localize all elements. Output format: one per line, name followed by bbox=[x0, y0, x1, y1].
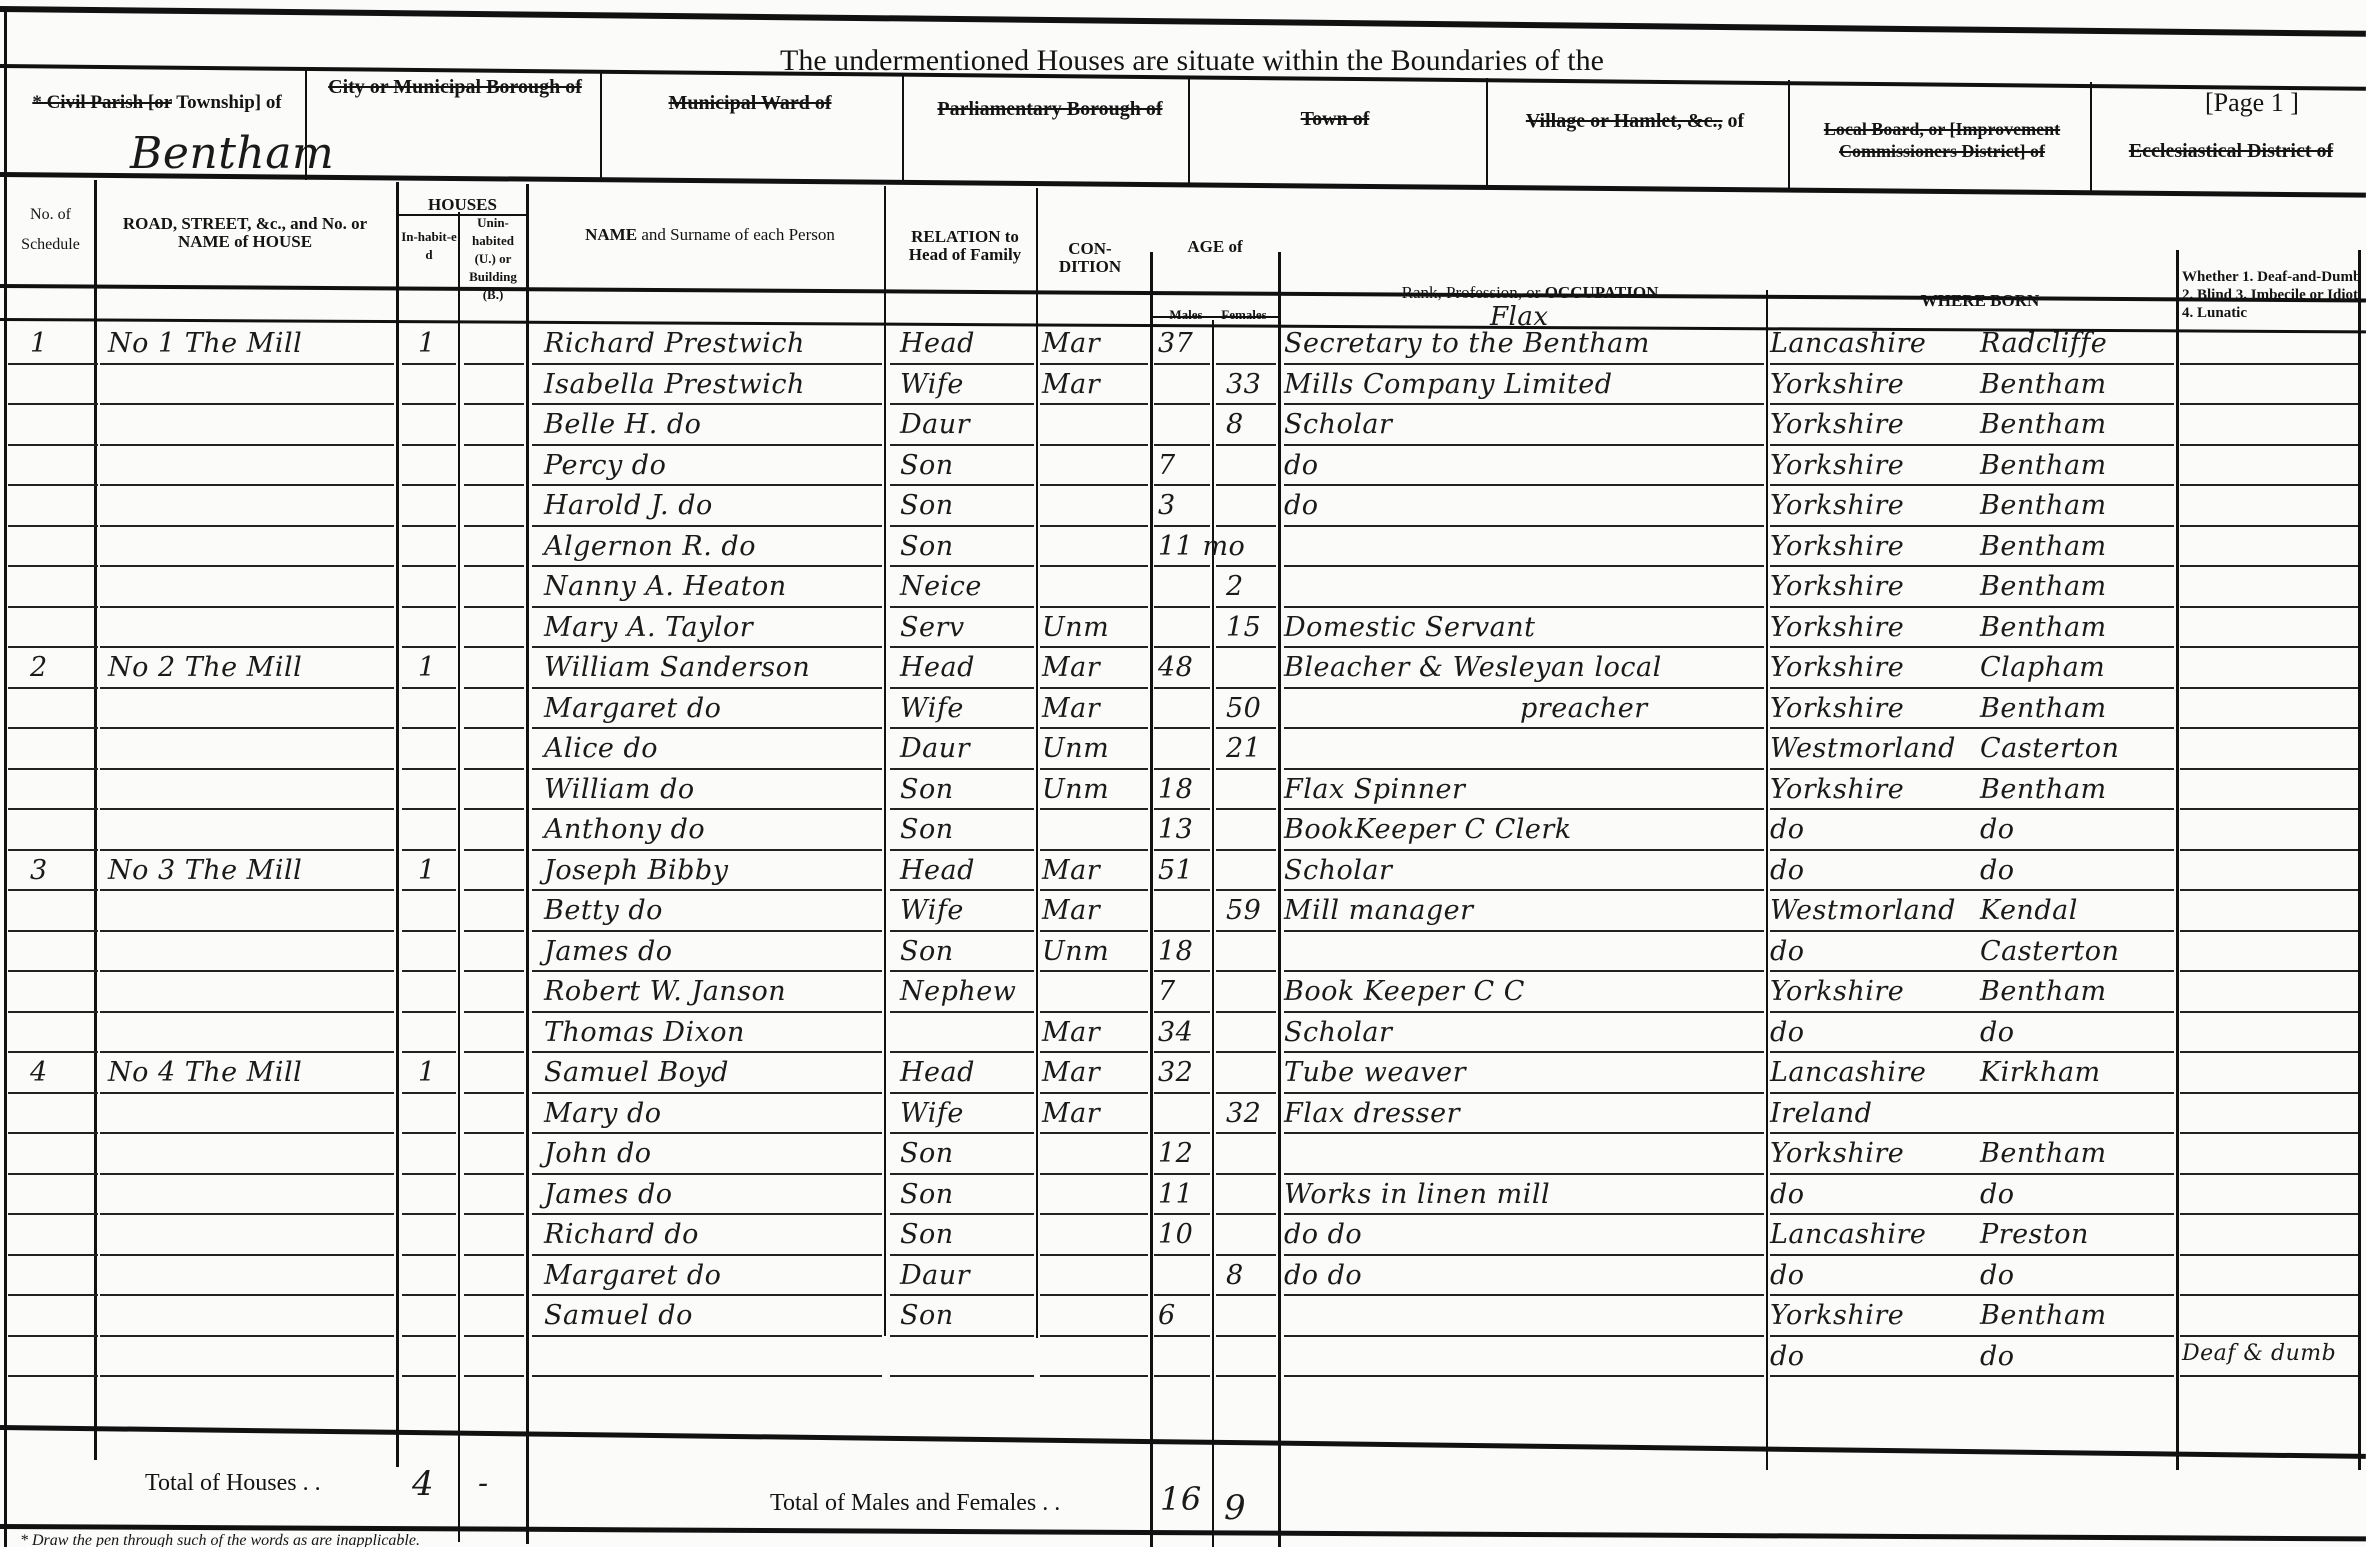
col-header-relation: RELATION to Head of Family bbox=[895, 228, 1035, 264]
table-row: Percy doSon7doYorkshireBentham bbox=[0, 448, 2366, 487]
row-rule bbox=[532, 1173, 882, 1175]
table-row: Margaret doDaur8do dododo bbox=[0, 1258, 2366, 1297]
born-place: do bbox=[1980, 814, 2015, 845]
row-rule bbox=[464, 808, 524, 810]
row-rule bbox=[890, 1213, 1034, 1215]
row-rule bbox=[2180, 1092, 2358, 1094]
row-rule bbox=[2180, 1375, 2358, 1377]
row-rule bbox=[402, 1213, 456, 1215]
person-name: Belle H. do bbox=[544, 409, 701, 440]
born-county: Westmorland bbox=[1770, 733, 1956, 764]
row-rule bbox=[1284, 1294, 1764, 1296]
person-name: James do bbox=[544, 1179, 672, 1210]
born-county: Yorkshire bbox=[1770, 409, 1904, 440]
row-rule bbox=[464, 606, 524, 608]
occupation: preacher bbox=[1520, 693, 1648, 724]
row-rule bbox=[1770, 606, 2174, 608]
boundary-divider bbox=[1486, 78, 1488, 188]
row-rule bbox=[464, 484, 524, 486]
row-rule bbox=[402, 1173, 456, 1175]
table-row: Algernon R. doSon11 moYorkshireBentham bbox=[0, 529, 2366, 568]
row-rule bbox=[890, 565, 1034, 567]
row-rule bbox=[1040, 1173, 1148, 1175]
row-rule bbox=[464, 727, 524, 729]
born-county: Yorkshire bbox=[1770, 652, 1904, 683]
row-rule bbox=[2180, 1132, 2358, 1134]
male-age: 34 bbox=[1158, 1017, 1193, 1048]
row-rule bbox=[1770, 687, 2174, 689]
row-rule bbox=[1770, 1375, 2174, 1377]
row-rule bbox=[8, 1294, 98, 1296]
row-rule bbox=[1040, 484, 1148, 486]
row-rule bbox=[100, 525, 394, 527]
row-rule bbox=[532, 1051, 882, 1053]
born-county: Yorkshire bbox=[1770, 571, 1904, 602]
row-rule bbox=[1216, 646, 1276, 648]
row-rule bbox=[402, 727, 456, 729]
relation: Head bbox=[900, 855, 975, 886]
born-place: Preston bbox=[1980, 1219, 2089, 1250]
born-county: Yorkshire bbox=[1770, 531, 1904, 562]
row-rule bbox=[1040, 1011, 1148, 1013]
row-rule bbox=[1040, 565, 1148, 567]
relation: Son bbox=[900, 1300, 954, 1331]
boundary-divider bbox=[1788, 80, 1790, 190]
boundary-divider bbox=[902, 74, 904, 184]
total-houses-uninhabited: - bbox=[478, 1466, 489, 1501]
born-county: Yorkshire bbox=[1770, 450, 1904, 481]
row-rule bbox=[2180, 444, 2358, 446]
born-place: do bbox=[1980, 1179, 2015, 1210]
boundary-civil-parish-value: Bentham bbox=[130, 128, 334, 179]
row-rule bbox=[1770, 1173, 2174, 1175]
born-county: do bbox=[1770, 1017, 1805, 1048]
row-rule bbox=[1284, 1254, 1764, 1256]
relation: Wife bbox=[900, 1098, 964, 1129]
person-name: Margaret do bbox=[544, 1260, 721, 1291]
row-rule bbox=[890, 1254, 1034, 1256]
row-rule bbox=[402, 808, 456, 810]
male-age: 10 bbox=[1158, 1219, 1193, 1250]
row-rule bbox=[1770, 970, 2174, 972]
row-rule bbox=[100, 768, 394, 770]
row-rule bbox=[532, 1092, 882, 1094]
top-border-rule bbox=[0, 6, 2366, 37]
row-rule bbox=[1284, 565, 1764, 567]
row-rule bbox=[402, 525, 456, 527]
person-name: Margaret do bbox=[544, 693, 721, 724]
occupation: do do bbox=[1284, 1260, 1362, 1291]
row-rule bbox=[1216, 930, 1276, 932]
born-place: Bentham bbox=[1980, 490, 2107, 521]
male-age: 32 bbox=[1158, 1057, 1193, 1088]
female-age: 21 bbox=[1226, 733, 1261, 764]
born-place: Bentham bbox=[1980, 531, 2107, 562]
row-rule bbox=[532, 484, 882, 486]
table-row: Robert W. JansonNephew7Book Keeper C CYo… bbox=[0, 974, 2366, 1013]
row-rule bbox=[402, 444, 456, 446]
row-rule bbox=[8, 1213, 98, 1215]
table-row: 3No 3 The Mill1Joseph BibbyHeadMar51Scho… bbox=[0, 853, 2366, 892]
total-persons-label: Total of Males and Females . . bbox=[770, 1490, 1060, 1517]
row-rule bbox=[402, 363, 456, 365]
row-rule bbox=[1770, 1213, 2174, 1215]
col-header-females: Females bbox=[1214, 306, 1274, 324]
row-rule bbox=[8, 687, 98, 689]
born-county: do bbox=[1770, 855, 1805, 886]
row-rule bbox=[1040, 606, 1148, 608]
occupation: Mill manager bbox=[1284, 895, 1474, 926]
row-rule bbox=[100, 403, 394, 405]
occupation: Tube weaver bbox=[1284, 1057, 1466, 1088]
row-rule bbox=[2180, 930, 2358, 932]
condition: Mar bbox=[1042, 1017, 1100, 1048]
row-rule bbox=[1154, 444, 1210, 446]
occupation: Mills Company Limited bbox=[1284, 369, 1613, 400]
row-rule bbox=[100, 484, 394, 486]
boundary-village-label: Village or Hamlet, &c., of bbox=[1490, 110, 1780, 132]
row-rule bbox=[1770, 646, 2174, 648]
relation: Daur bbox=[900, 733, 970, 764]
row-rule bbox=[1216, 808, 1276, 810]
row-rule bbox=[890, 1335, 1034, 1337]
row-rule bbox=[2180, 1254, 2358, 1256]
table-row: Thomas DixonMar34Scholardodo bbox=[0, 1015, 2366, 1054]
born-place: do bbox=[1980, 855, 2015, 886]
occupation: Bleacher & Wesleyan local bbox=[1284, 652, 1662, 683]
female-age: 15 bbox=[1226, 612, 1261, 643]
row-rule bbox=[100, 444, 394, 446]
row-rule bbox=[8, 1173, 98, 1175]
row-rule bbox=[100, 1092, 394, 1094]
boundary-ward-label: Municipal Ward of bbox=[610, 92, 890, 114]
row-rule bbox=[1770, 1335, 2174, 1337]
male-age: 12 bbox=[1158, 1138, 1193, 1169]
row-rule bbox=[1284, 930, 1764, 932]
row-rule bbox=[1040, 1294, 1148, 1296]
row-rule bbox=[1284, 363, 1764, 365]
born-place: Bentham bbox=[1980, 1138, 2107, 1169]
row-rule bbox=[1284, 606, 1764, 608]
row-rule bbox=[8, 1254, 98, 1256]
row-rule bbox=[1770, 930, 2174, 932]
occupation: do bbox=[1284, 490, 1319, 521]
row-rule bbox=[464, 444, 524, 446]
total-houses-inhabited: 4 bbox=[412, 1464, 434, 1504]
row-rule bbox=[100, 1254, 394, 1256]
row-rule bbox=[1040, 930, 1148, 932]
col-header-name: NAME and Surname of each Person bbox=[540, 226, 880, 244]
relation: Wife bbox=[900, 693, 964, 724]
relation: Son bbox=[900, 936, 954, 967]
row-rule bbox=[1770, 889, 2174, 891]
row-rule bbox=[890, 1173, 1034, 1175]
row-rule bbox=[464, 525, 524, 527]
row-rule bbox=[402, 484, 456, 486]
condition: Unm bbox=[1042, 733, 1109, 764]
person-name: Samuel do bbox=[544, 1300, 693, 1331]
row-rule bbox=[2180, 525, 2358, 527]
row-rule bbox=[1154, 525, 1210, 527]
row-rule bbox=[464, 1173, 524, 1175]
row-rule bbox=[1770, 768, 2174, 770]
condition: Mar bbox=[1042, 369, 1100, 400]
row-rule bbox=[8, 1092, 98, 1094]
row-rule bbox=[1154, 1173, 1210, 1175]
row-rule bbox=[1040, 444, 1148, 446]
occupation: Domestic Servant bbox=[1284, 612, 1536, 643]
row-rule bbox=[100, 687, 394, 689]
table-row: Anthony doSon13BookKeeper C Clerkdodo bbox=[0, 812, 2366, 851]
female-age: 32 bbox=[1226, 1098, 1261, 1129]
row-rule bbox=[100, 1011, 394, 1013]
row-rule bbox=[532, 646, 882, 648]
row-rule bbox=[2180, 1213, 2358, 1215]
row-rule bbox=[532, 1294, 882, 1296]
table-row: John doSon12YorkshireBentham bbox=[0, 1136, 2366, 1175]
row-rule bbox=[2180, 484, 2358, 486]
row-rule bbox=[890, 808, 1034, 810]
row-rule bbox=[532, 1011, 882, 1013]
boundary-divider bbox=[2090, 82, 2092, 192]
male-age: 51 bbox=[1158, 855, 1193, 886]
row-rule bbox=[402, 646, 456, 648]
row-rule bbox=[1040, 1375, 1148, 1377]
footnote: * Draw the pen through such of the words… bbox=[20, 1532, 420, 1547]
relation: Son bbox=[900, 1138, 954, 1169]
row-rule bbox=[1154, 808, 1210, 810]
row-rule bbox=[464, 1213, 524, 1215]
row-rule bbox=[402, 606, 456, 608]
row-rule bbox=[1154, 646, 1210, 648]
row-rule bbox=[402, 768, 456, 770]
born-county: Yorkshire bbox=[1770, 693, 1904, 724]
row-rule bbox=[1284, 687, 1764, 689]
table-row: Richard doSon10do doLancashirePreston bbox=[0, 1217, 2366, 1256]
row-rule bbox=[532, 727, 882, 729]
boundary-civil-parish-label: * Civil Parish [or Township] of bbox=[12, 92, 302, 114]
boundary-divider bbox=[600, 72, 602, 182]
condition: Mar bbox=[1042, 693, 1100, 724]
row-rule bbox=[464, 646, 524, 648]
row-rule bbox=[1216, 606, 1276, 608]
row-rule bbox=[402, 970, 456, 972]
row-rule bbox=[532, 1132, 882, 1134]
row-rule bbox=[890, 403, 1034, 405]
row-rule bbox=[1770, 1294, 2174, 1296]
row-rule bbox=[532, 970, 882, 972]
schedule-number: 4 bbox=[30, 1057, 48, 1088]
row-rule bbox=[464, 1132, 524, 1134]
row-rule bbox=[1154, 727, 1210, 729]
row-rule bbox=[464, 403, 524, 405]
born-county: Westmorland bbox=[1770, 895, 1956, 926]
person-name: James do bbox=[544, 936, 672, 967]
row-rule bbox=[1284, 1132, 1764, 1134]
row-rule bbox=[890, 687, 1034, 689]
row-rule bbox=[1154, 1254, 1210, 1256]
relation: Serv bbox=[900, 612, 965, 643]
male-age: 13 bbox=[1158, 814, 1193, 845]
row-rule bbox=[100, 727, 394, 729]
occupation: Flax Spinner bbox=[1284, 774, 1465, 805]
row-rule bbox=[532, 808, 882, 810]
born-place: Bentham bbox=[1980, 369, 2107, 400]
condition: Mar bbox=[1042, 328, 1100, 359]
row-rule bbox=[402, 1051, 456, 1053]
row-rule bbox=[2180, 646, 2358, 648]
boundary-city-label: City or Municipal Borough of bbox=[315, 76, 595, 98]
col-header-condition: CON-DITION bbox=[1040, 240, 1140, 276]
row-rule bbox=[1040, 849, 1148, 851]
row-rule bbox=[1284, 849, 1764, 851]
person-name: Joseph Bibby bbox=[544, 855, 728, 886]
row-rule bbox=[464, 1294, 524, 1296]
male-age: 3 bbox=[1158, 490, 1176, 521]
relation: Son bbox=[900, 814, 954, 845]
schedule-number: 2 bbox=[30, 652, 48, 683]
total-males: 16 bbox=[1160, 1480, 1202, 1518]
house-name: No 2 The Mill bbox=[108, 652, 302, 683]
row-rule bbox=[1154, 1051, 1210, 1053]
row-rule bbox=[532, 1335, 882, 1337]
row-rule bbox=[1284, 1051, 1764, 1053]
table-row: Isabella PrestwichWifeMar33Mills Company… bbox=[0, 367, 2366, 406]
relation: Daur bbox=[900, 409, 970, 440]
row-rule bbox=[890, 1011, 1034, 1013]
born-county: do bbox=[1770, 936, 1805, 967]
row-rule bbox=[1040, 768, 1148, 770]
row-rule bbox=[1216, 1173, 1276, 1175]
person-name: Harold J. do bbox=[544, 490, 713, 521]
male-age: 48 bbox=[1158, 652, 1193, 683]
row-rule bbox=[100, 1375, 394, 1377]
row-rule bbox=[464, 768, 524, 770]
row-rule bbox=[1154, 849, 1210, 851]
born-place: do bbox=[1980, 1341, 2015, 1372]
born-place: Kirkham bbox=[1980, 1057, 2101, 1088]
row-rule bbox=[464, 1254, 524, 1256]
occupation: Works in linen mill bbox=[1284, 1179, 1550, 1210]
row-rule bbox=[8, 606, 98, 608]
row-rule bbox=[1216, 889, 1276, 891]
row-rule bbox=[1216, 1051, 1276, 1053]
row-rule bbox=[890, 1294, 1034, 1296]
row-rule bbox=[1154, 1092, 1210, 1094]
boundary-title: The undermentioned Houses are situate wi… bbox=[780, 44, 1604, 78]
row-rule bbox=[890, 768, 1034, 770]
male-age: 11 bbox=[1158, 1179, 1193, 1210]
row-rule bbox=[532, 849, 882, 851]
row-rule bbox=[1154, 687, 1210, 689]
row-rule bbox=[1154, 768, 1210, 770]
row-rule bbox=[1770, 849, 2174, 851]
row-rule bbox=[2180, 565, 2358, 567]
row-rule bbox=[1284, 1375, 1764, 1377]
row-rule bbox=[1770, 565, 2174, 567]
person-name: William do bbox=[544, 774, 695, 805]
row-rule bbox=[1154, 565, 1210, 567]
table-row: Betty doWifeMar59Mill managerWestmorland… bbox=[0, 893, 2366, 932]
born-place: do bbox=[1980, 1017, 2015, 1048]
row-rule bbox=[890, 1092, 1034, 1094]
col-header-inhabited: In-habit-ed bbox=[400, 228, 458, 264]
inhabited-count: 1 bbox=[418, 855, 436, 886]
person-name: Isabella Prestwich bbox=[544, 369, 805, 400]
row-rule bbox=[890, 970, 1034, 972]
born-county: do bbox=[1770, 1260, 1805, 1291]
occupation: do do bbox=[1284, 1219, 1362, 1250]
row-rule bbox=[1216, 849, 1276, 851]
row-rule bbox=[464, 970, 524, 972]
row-rule bbox=[532, 1213, 882, 1215]
row-rule bbox=[100, 1335, 394, 1337]
male-age: 7 bbox=[1158, 450, 1176, 481]
relation: Son bbox=[900, 490, 954, 521]
born-county: Yorkshire bbox=[1770, 369, 1904, 400]
table-row: Margaret doWifeMar50preacherYorkshireBen… bbox=[0, 691, 2366, 730]
condition: Unm bbox=[1042, 774, 1109, 805]
col-header-uninhabited: Unin-habited (U.) or Building (B.) bbox=[462, 214, 524, 304]
row-rule bbox=[1154, 1335, 1210, 1337]
born-county: do bbox=[1770, 1341, 1805, 1372]
born-place: Bentham bbox=[1980, 409, 2107, 440]
row-rule bbox=[8, 1375, 98, 1377]
female-age: 2 bbox=[1226, 571, 1244, 602]
row-rule bbox=[402, 1294, 456, 1296]
row-rule bbox=[8, 565, 98, 567]
person-name: Robert W. Janson bbox=[544, 976, 786, 1007]
row-rule bbox=[1154, 606, 1210, 608]
row-rule bbox=[402, 889, 456, 891]
row-rule bbox=[1284, 970, 1764, 972]
row-rule bbox=[402, 565, 456, 567]
row-rule bbox=[8, 1011, 98, 1013]
row-rule bbox=[532, 525, 882, 527]
boundary-ecclesiastical-label: Ecclesiastical District of bbox=[2096, 140, 2366, 162]
totals-top-rule bbox=[0, 1425, 2366, 1459]
row-rule bbox=[532, 606, 882, 608]
row-rule bbox=[1216, 1213, 1276, 1215]
row-rule bbox=[2180, 768, 2358, 770]
row-rule bbox=[1770, 1132, 2174, 1134]
row-rule bbox=[1284, 727, 1764, 729]
born-county: Yorkshire bbox=[1770, 490, 1904, 521]
row-rule bbox=[1284, 1011, 1764, 1013]
row-rule bbox=[402, 930, 456, 932]
row-rule bbox=[1154, 1011, 1210, 1013]
row-rule bbox=[2180, 403, 2358, 405]
female-age: 59 bbox=[1226, 895, 1261, 926]
row-rule bbox=[2180, 808, 2358, 810]
row-rule bbox=[1040, 687, 1148, 689]
table-row: Harold J. doSon3doYorkshireBentham bbox=[0, 488, 2366, 527]
occupation: Scholar bbox=[1284, 855, 1392, 886]
census-page: The undermentioned Houses are situate wi… bbox=[0, 0, 2366, 1547]
houses-subheader-rule bbox=[396, 214, 526, 216]
row-rule bbox=[1216, 444, 1276, 446]
person-name: Anthony do bbox=[544, 814, 705, 845]
row-rule bbox=[1040, 970, 1148, 972]
row-rule bbox=[402, 403, 456, 405]
row-rule bbox=[1216, 687, 1276, 689]
born-place: Bentham bbox=[1980, 1300, 2107, 1331]
born-county: Yorkshire bbox=[1770, 976, 1904, 1007]
row-rule bbox=[402, 1092, 456, 1094]
male-age: 37 bbox=[1158, 328, 1193, 359]
row-rule bbox=[8, 403, 98, 405]
row-rule bbox=[890, 606, 1034, 608]
